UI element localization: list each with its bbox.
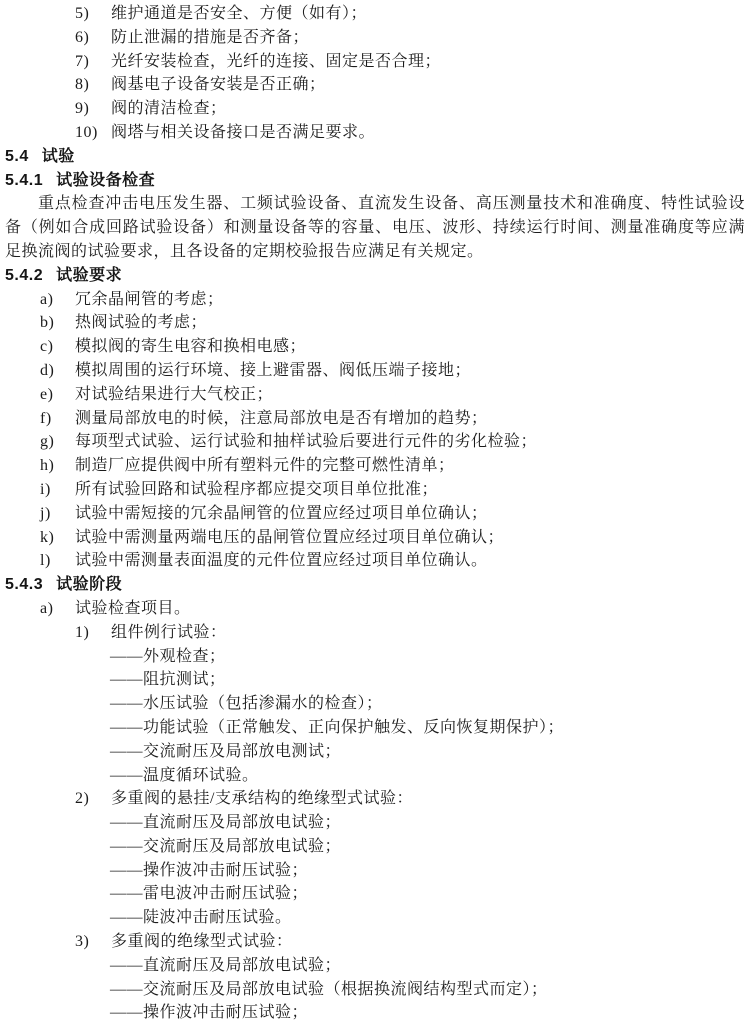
list-item-text: 阀塔与相关设备接口是否满足要求。 xyxy=(111,124,375,141)
list-item-text: 试验中需短接的冗余晶闸管的位置应经过项目单位确认； xyxy=(75,505,488,522)
dash-item: ——阻抗测试； xyxy=(5,668,745,692)
stage-group-title: 3)多重阀的绝缘型式试验： xyxy=(5,930,745,954)
list-item: i)所有试验回路和试验程序都应提交项目单位批准； xyxy=(5,478,745,502)
list-item-number: 10) xyxy=(75,121,111,145)
list-item-text: 阀的清洁检查； xyxy=(111,100,227,117)
section-number: 5.4.3 xyxy=(5,576,43,593)
paragraph-5-4-1: 重点检查冲击电压发生器、工频试验设备、直流发生设备、高压测量技术和准确度、特性试… xyxy=(5,192,745,263)
stage-group-label: 组件例行试验： xyxy=(111,624,227,641)
dash-item: ——直流耐压及局部放电试验； xyxy=(5,811,745,835)
section-heading-5-4-1: 5.4.1试验设备检查 xyxy=(5,169,745,193)
list-item: f)测量局部放电的时候，注意局部放电是否有增加的趋势； xyxy=(5,407,745,431)
list-item-letter: i) xyxy=(40,478,75,502)
list-item-letter: l) xyxy=(40,549,75,573)
list-item-number: 6) xyxy=(75,26,111,50)
section-heading-5-4-3: 5.4.3试验阶段 xyxy=(5,573,745,597)
dash-item: ——交流耐压及局部放电试验（根据换流阀结构型式而定）； xyxy=(5,978,745,1002)
list-item-number: 7) xyxy=(75,50,111,74)
section-title: 试验阶段 xyxy=(56,576,122,593)
list-item-text: 所有试验回路和试验程序都应提交项目单位批准； xyxy=(75,481,438,498)
document-page: 5)维护通道是否安全、方便（如有）； 6)防止泄漏的措施是否齐备； 7)光纤安装… xyxy=(0,0,750,1030)
list-item: 8)阀基电子设备安装是否正确； xyxy=(5,73,745,97)
list-item-text: 试验中需测量表面温度的元件位置应经过项目单位确认。 xyxy=(75,552,488,569)
list-item: 7)光纤安装检查，光纤的连接、固定是否合理； xyxy=(5,50,745,74)
list-item-text: 热阀试验的考虑； xyxy=(75,314,207,331)
dash-item: ——操作波冲击耐压试验； xyxy=(5,1001,745,1025)
list-item-text: 光纤安装检查，光纤的连接、固定是否合理； xyxy=(111,53,441,70)
dash-item: ——操作波冲击耐压试验； xyxy=(5,859,745,883)
list-item: a)试验检查项目。 xyxy=(5,597,745,621)
section-title: 试验要求 xyxy=(56,267,122,284)
section-title: 试验 xyxy=(42,148,75,165)
list-item-text: 冗余晶闸管的考虑； xyxy=(75,291,224,308)
list-item-number: 5) xyxy=(75,2,111,26)
list-item-text: 试验检查项目。 xyxy=(75,600,191,617)
list-item-letter: k) xyxy=(40,526,75,550)
dash-item: ——交流耐压及局部放电测试； xyxy=(5,740,745,764)
list-item: 10)阀塔与相关设备接口是否满足要求。 xyxy=(5,121,745,145)
list-item: c)模拟阀的寄生电容和换相电感； xyxy=(5,335,745,359)
dash-item: ——温度循环试验。 xyxy=(5,764,745,788)
list-item: a)冗余晶闸管的考虑； xyxy=(5,288,745,312)
section-heading-5-4-2: 5.4.2试验要求 xyxy=(5,264,745,288)
list-item-number: 8) xyxy=(75,73,111,97)
list-item: g)每项型式试验、运行试验和抽样试验后要进行元件的劣化检验； xyxy=(5,430,745,454)
stage-group-label: 多重阀的悬挂/支承结构的绝缘型式试验： xyxy=(111,790,413,807)
section-number: 5.4.1 xyxy=(5,172,43,189)
list-item: b)热阀试验的考虑； xyxy=(5,311,745,335)
list-item: l)试验中需测量表面温度的元件位置应经过项目单位确认。 xyxy=(5,549,745,573)
list-item-text: 测量局部放电的时候，注意局部放电是否有增加的趋势； xyxy=(75,410,488,427)
list-item: 6)防止泄漏的措施是否齐备； xyxy=(5,26,745,50)
dash-item: ——交流耐压及局部放电试验； xyxy=(5,835,745,859)
dash-item: ——水压试验（包括渗漏水的检查）； xyxy=(5,692,745,716)
list-item: h)制造厂应提供阀中所有塑料元件的完整可燃性清单； xyxy=(5,454,745,478)
list-item-text: 维护通道是否安全、方便（如有）； xyxy=(111,5,367,22)
list-item-letter: c) xyxy=(40,335,75,359)
list-item-letter: d) xyxy=(40,359,75,383)
dash-item: ——外观检查； xyxy=(5,645,745,669)
list-item: d)模拟周围的运行环境、接上避雷器、阀低压端子接地； xyxy=(5,359,745,383)
list-item-text: 制造厂应提供阀中所有塑料元件的完整可燃性清单； xyxy=(75,457,455,474)
list-item-text: 防止泄漏的措施是否齐备； xyxy=(111,29,309,46)
stage-group-label: 多重阀的绝缘型式试验： xyxy=(111,933,293,950)
list-item: j)试验中需短接的冗余晶闸管的位置应经过项目单位确认； xyxy=(5,502,745,526)
list-item: e)对试验结果进行大气校正； xyxy=(5,383,745,407)
stage-group-number: 3) xyxy=(75,930,111,954)
section-title: 试验设备检查 xyxy=(56,172,155,189)
stage-group-title: 1)组件例行试验： xyxy=(5,621,745,645)
list-item: 9)阀的清洁检查； xyxy=(5,97,745,121)
list-item-text: 每项型式试验、运行试验和抽样试验后要进行元件的劣化检验； xyxy=(75,433,537,450)
dash-item: ——陡波冲击耐压试验。 xyxy=(5,906,745,930)
section-number: 5.4 xyxy=(5,148,29,165)
list-item-letter: b) xyxy=(40,311,75,335)
list-item: 5)维护通道是否安全、方便（如有）； xyxy=(5,2,745,26)
list-item-text: 试验中需测量两端电压的晶闸管位置应经过项目单位确认； xyxy=(75,529,504,546)
dash-item: ——直流耐压及局部放电试验； xyxy=(5,954,745,978)
dash-item: ——雷电波冲击耐压试验； xyxy=(5,882,745,906)
list-item-letter: a) xyxy=(40,597,75,621)
list-item-text: 模拟阀的寄生电容和换相电感； xyxy=(75,338,306,355)
list-item-letter: j) xyxy=(40,502,75,526)
stage-group-number: 2) xyxy=(75,787,111,811)
list-item-number: 9) xyxy=(75,97,111,121)
dash-item: ——功能试验（正常触发、正向保护触发、反向恢复期保护）； xyxy=(5,716,745,740)
list-item-text: 对试验结果进行大气校正； xyxy=(75,386,273,403)
list-item-letter: f) xyxy=(40,407,75,431)
section-number: 5.4.2 xyxy=(5,267,43,284)
list-item-letter: h) xyxy=(40,454,75,478)
list-item-text: 模拟周围的运行环境、接上避雷器、阀低压端子接地； xyxy=(75,362,471,379)
stage-group-title: 2)多重阀的悬挂/支承结构的绝缘型式试验： xyxy=(5,787,745,811)
list-item-letter: a) xyxy=(40,288,75,312)
list-item-letter: g) xyxy=(40,430,75,454)
list-item: k)试验中需测量两端电压的晶闸管位置应经过项目单位确认； xyxy=(5,526,745,550)
list-item-text: 阀基电子设备安装是否正确； xyxy=(111,76,326,93)
section-heading-5-4: 5.4试验 xyxy=(5,145,745,169)
stage-group-number: 1) xyxy=(75,621,111,645)
list-item-letter: e) xyxy=(40,383,75,407)
